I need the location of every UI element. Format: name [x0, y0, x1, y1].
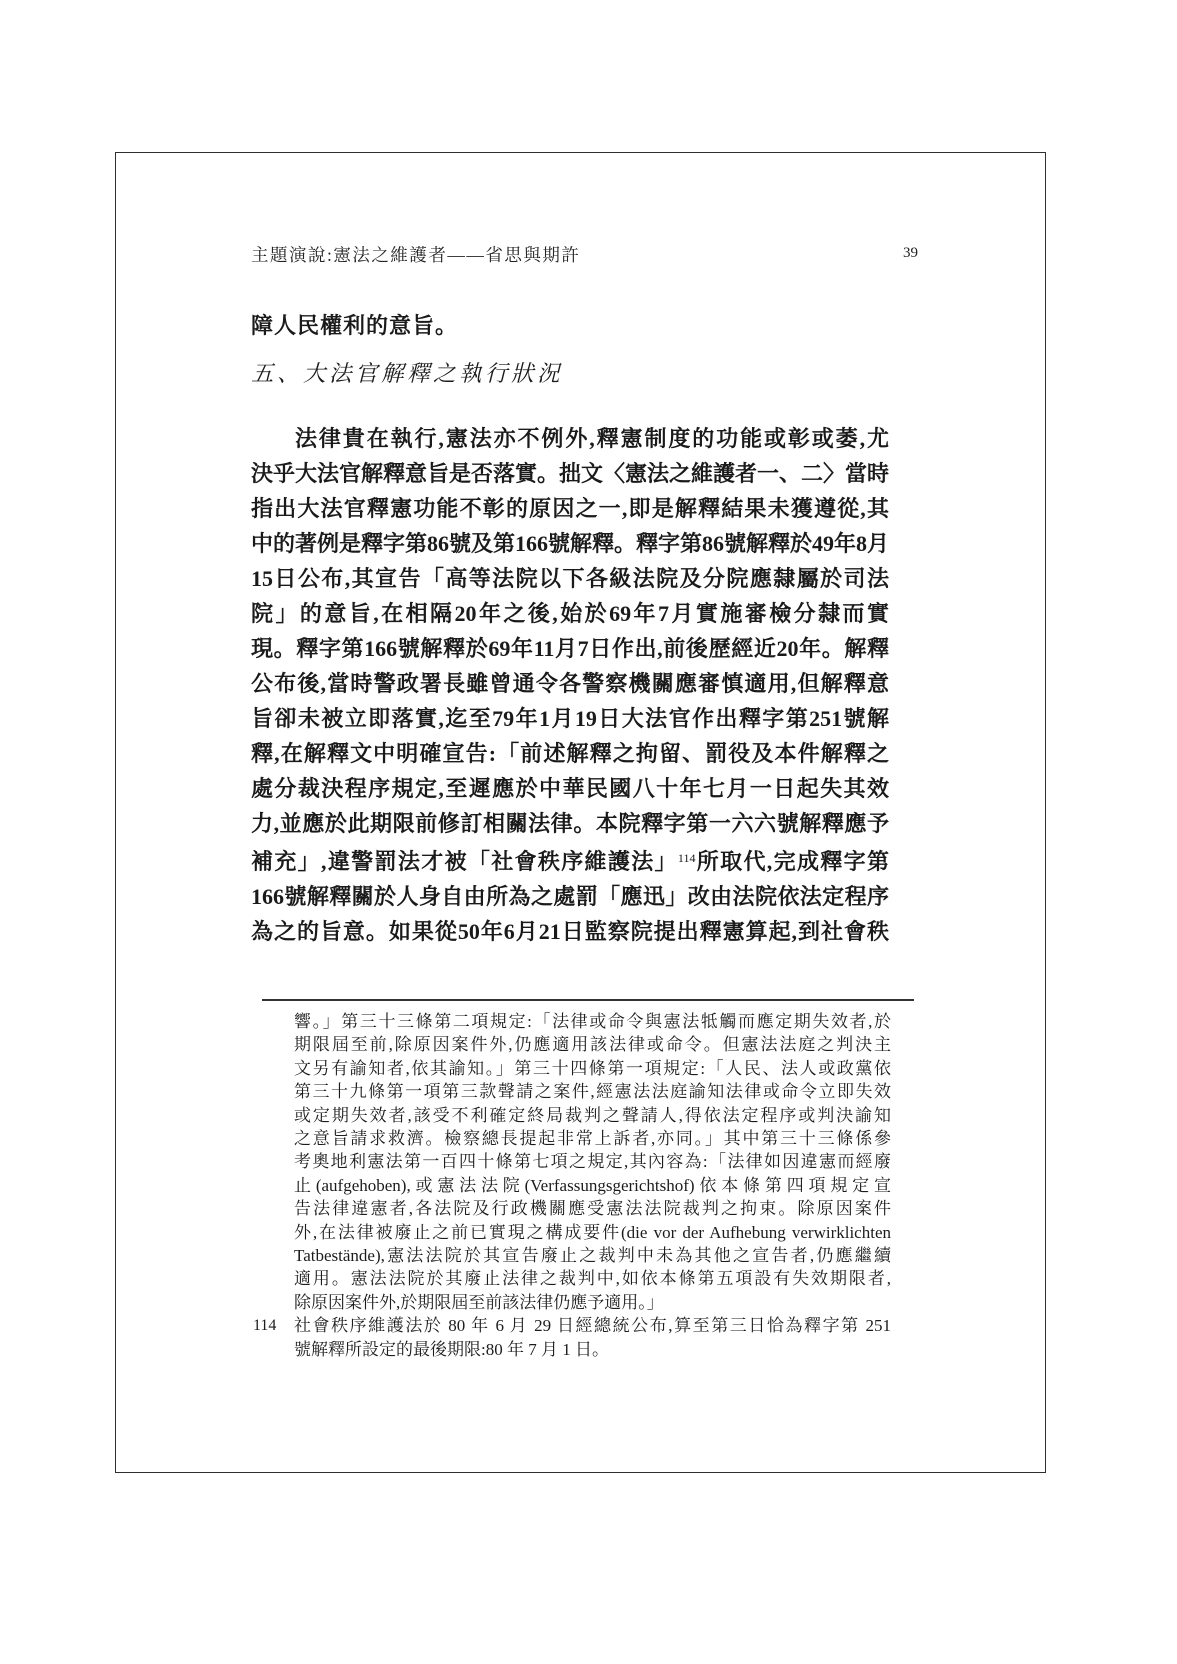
body-line: 指出大法官釋憲功能不彰的原因之一,即是解釋結果未獲遵從,其 — [251, 491, 889, 526]
body-line: 力,並應於此期限前修訂相關法律。本院釋字第一六六號解釋應予 — [251, 806, 889, 841]
footnote-line: 適用。憲法法院於其廢止法律之裁判中,如依本條第五項設有失效期限者, — [294, 1267, 891, 1290]
body-line: 公布後,當時警政署長雖曾通令各警察機關應審慎適用,但解釋意 — [251, 666, 889, 701]
footnote-line: 文另有諭知者,依其諭知。」第三十四條第一項規定:「人民、法人或政黨依 — [294, 1057, 891, 1080]
footnote-continuation: 響。」第三十三條第二項規定:「法律或命令與憲法牴觸而應定期失效者,於期限屆至前,… — [251, 1010, 891, 1314]
body-line: 處分裁決程序規定,至遲應於中華民國八十年七月一日起失其效 — [251, 771, 889, 806]
footnote-line: 止(aufgehoben),或憲法法院(Verfassungsgerichtsh… — [294, 1174, 891, 1197]
footnote-line: 期限屆至前,除原因案件外,仍應適用該法律或命令。但憲法法庭之判決主 — [294, 1033, 891, 1056]
page-frame: 主題演說:憲法之維護者——省思與期許 39 障人民權利的意旨。 五、大法官解釋之… — [115, 152, 1046, 1473]
body-line: 166號解釋關於人身自由所為之處罰「應迅」改由法院依法定程序 — [251, 879, 889, 914]
footnote-line: 之意旨請求救濟。檢察總長提起非常上訴者,亦同。」其中第三十三條係參 — [294, 1127, 891, 1150]
body-line: 為之的旨意。如果從50年6月21日監察院提出釋憲算起,到社會秩 — [251, 914, 889, 949]
footnote-line: 考奧地利憲法第一百四十條第七項之規定,其內容為:「法律如因違憲而經廢 — [294, 1150, 891, 1173]
body-line: 院」的意旨,在相隔20年之後,始於69年7月實施審檢分隸而實 — [251, 596, 889, 631]
body-line: 15日公布,其宣告「高等法院以下各級法院及分院應隸屬於司法 — [251, 561, 889, 596]
running-header-title: 主題演說:憲法之維護者——省思與期許 — [251, 242, 580, 267]
section-heading: 五、大法官解釋之執行狀況 — [251, 356, 931, 388]
footnote-ref-superscript: 114 — [678, 851, 696, 865]
footnote-block: 響。」第三十三條第二項規定:「法律或命令與憲法牴觸而應定期失效者,於期限屆至前,… — [251, 1010, 891, 1361]
body-line: 法律貴在執行,憲法亦不例外,釋憲制度的功能或彰或萎,尤 — [251, 421, 889, 456]
footnote-line: 告法律違憲者,各法院及行政機關應受憲法法院裁判之拘束。除原因案件 — [294, 1197, 891, 1220]
footnote-line: 除原因案件外,於期限屆至前該法律仍應予適用。」 — [294, 1291, 891, 1314]
footnote-line: 響。」第三十三條第二項規定:「法律或命令與憲法牴觸而應定期失效者,於 — [294, 1010, 891, 1033]
footnote-line: 外,在法律被廢止之前已實現之構成要件(die vor der Aufhebung… — [294, 1221, 891, 1244]
footnote-114-text: 社會秩序維護法於 80 年 6 月 29 日經總統公布,算至第三日恰為釋字第 2… — [294, 1314, 891, 1361]
footnote-line: 號解釋所設定的最後期限:80 年 7 月 1 日。 — [294, 1338, 891, 1361]
footnote-line: 社會秩序維護法於 80 年 6 月 29 日經總統公布,算至第三日恰為釋字第 2… — [294, 1314, 891, 1337]
footnote-114: 114 社會秩序維護法於 80 年 6 月 29 日經總統公布,算至第三日恰為釋… — [251, 1314, 891, 1361]
body-line: 補充」,違警罰法才被「社會秩序維護法」114所取代,完成釋字第 — [251, 841, 889, 879]
body-paragraph: 法律貴在執行,憲法亦不例外,釋憲制度的功能或彰或萎,尤決乎大法官解釋意旨是否落實… — [251, 421, 889, 949]
footnote-separator — [262, 999, 914, 1001]
footnote-line: 或定期失效者,該受不利確定終局裁判之聲請人,得依法定程序或判決諭知 — [294, 1104, 891, 1127]
document-page: 主題演說:憲法之維護者——省思與期許 39 障人民權利的意旨。 五、大法官解釋之… — [0, 0, 1177, 1664]
page-number: 39 — [903, 245, 918, 262]
footnote-number: 114 — [253, 1314, 276, 1337]
footnote-line: Tatbestände),憲法法院於其宣告廢止之裁判中未為其他之宣告者,仍應繼續 — [294, 1244, 891, 1267]
body-line: 決乎大法官解釋意旨是否落實。拙文〈憲法之維護者一、二〉當時 — [251, 456, 889, 491]
lead-line: 障人民權利的意旨。 — [251, 309, 889, 340]
body-line: 釋,在解釋文中明確宣告:「前述解釋之拘留、罰役及本件解釋之 — [251, 736, 889, 771]
body-line: 中的著例是釋字第86號及第166號解釋。釋字第86號解釋於49年8月 — [251, 526, 889, 561]
body-line: 現。釋字第166號解釋於69年11月7日作出,前後歷經近20年。解釋 — [251, 631, 889, 666]
body-line: 旨卻未被立即落實,迄至79年1月19日大法官作出釋字第251號解 — [251, 701, 889, 736]
footnote-line: 第三十九條第一項第三款聲請之案件,經憲法法庭諭知法律或命令立即失效 — [294, 1080, 891, 1103]
